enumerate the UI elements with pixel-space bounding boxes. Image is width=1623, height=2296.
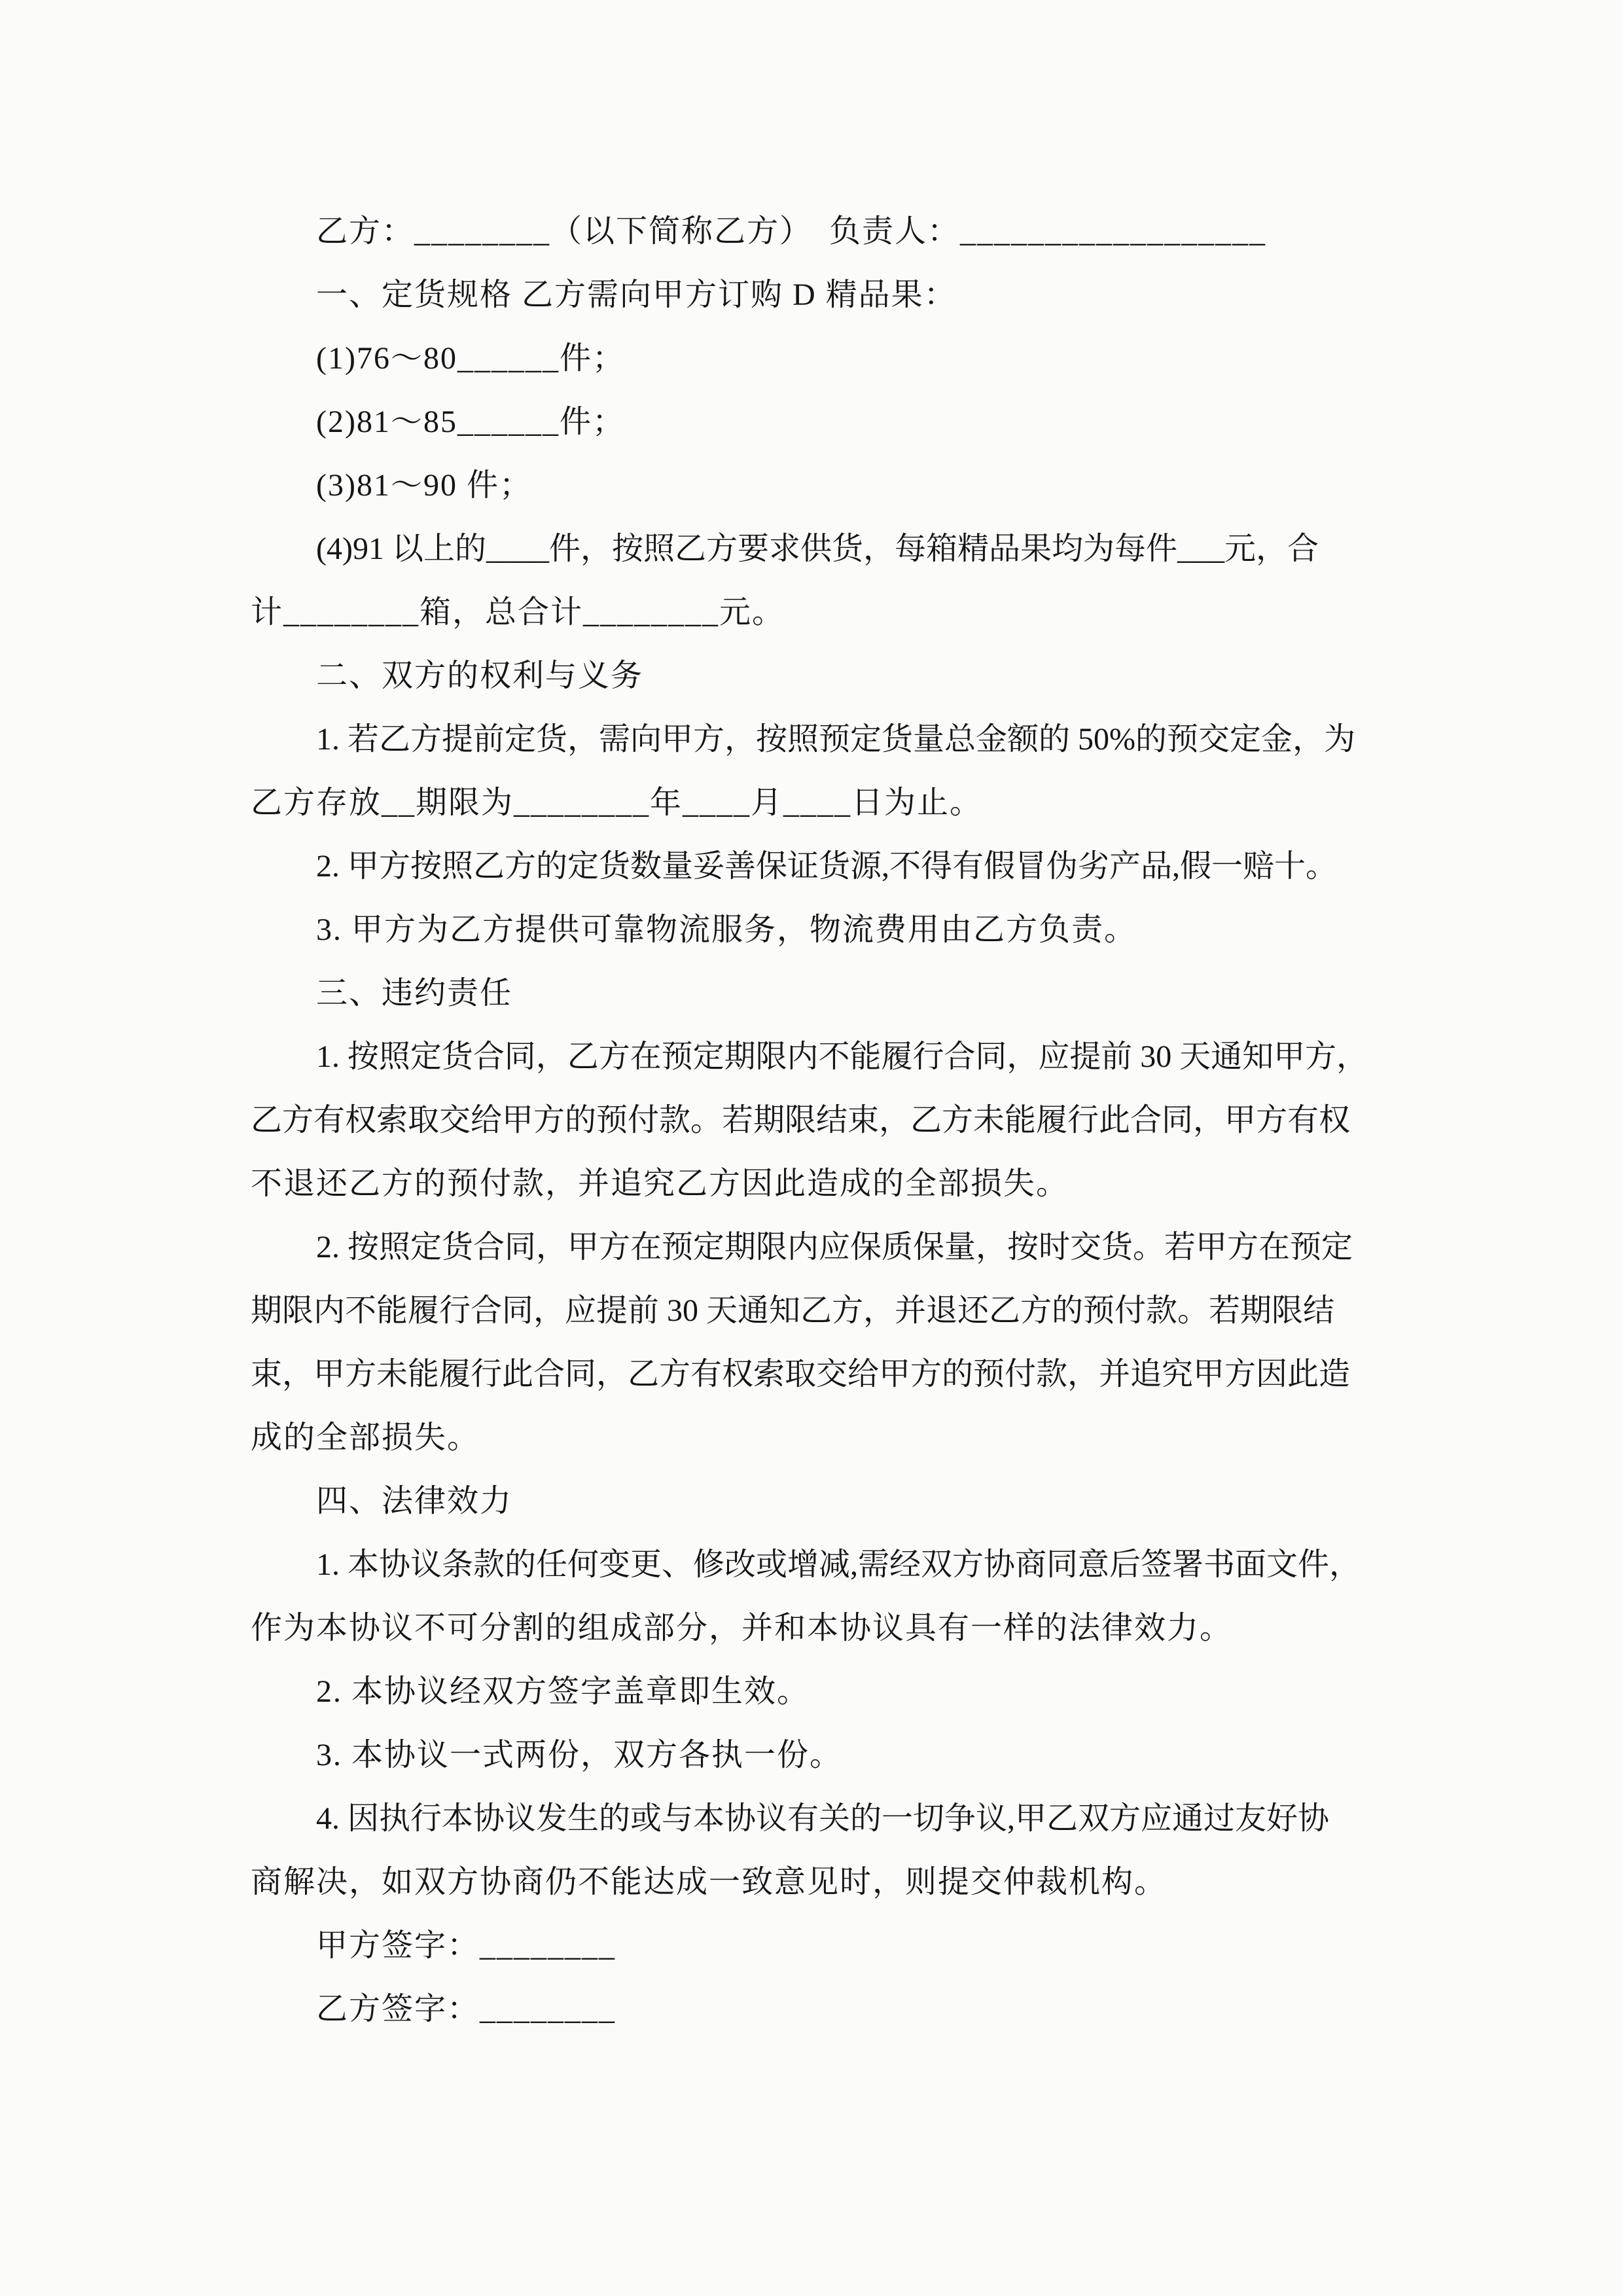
contract-line: (1)76～80______件； (251, 327, 1368, 390)
contract-line: 二、双方的权利与义务 (251, 644, 1368, 708)
contract-line: 作为本协议不可分割的组成部分，并和本协议具有一样的法律效力。 (251, 1596, 1368, 1660)
contract-line: 乙方签字：________ (251, 1977, 1368, 2041)
contract-line: 三、违约责任 (251, 961, 1368, 1025)
contract-line: 1. 本协议条款的任何变更、修改或增减,需经双方协商同意后签署书面文件， (251, 1533, 1368, 1596)
contract-line: 计________箱，总合计________元。 (251, 581, 1368, 644)
contract-line: 商解决，如双方协商仍不能达成一致意见时，则提交仲裁机构。 (251, 1850, 1368, 1914)
contract-line: (4)91 以上的____件，按照乙方要求供货，每箱精品果均为每件___元，合 (251, 517, 1368, 581)
contract-line: 乙方有权索取交给甲方的预付款。若期限结束，乙方未能履行此合同，甲方有权 (251, 1088, 1368, 1152)
contract-line: 4. 因执行本协议发生的或与本协议有关的一切争议,甲乙双方应通过友好协 (251, 1787, 1368, 1850)
contract-body: 乙方：________（以下简称乙方） 负责人：________________… (251, 200, 1368, 2041)
contract-line: 甲方签字：________ (251, 1914, 1368, 1977)
contract-line: 2. 本协议经双方签字盖章即生效。 (251, 1660, 1368, 1723)
contract-line: 2. 按照定货合同，甲方在预定期限内应保质保量，按时交货。若甲方在预定 (251, 1215, 1368, 1279)
contract-line: 1. 若乙方提前定货，需向甲方，按照预定货量总金额的 50%的预交定金，为 (251, 708, 1368, 771)
contract-line: 3. 甲方为乙方提供可靠物流服务，物流费用由乙方负责。 (251, 898, 1368, 961)
contract-line: 1. 按照定货合同，乙方在预定期限内不能履行合同，应提前 30 天通知甲方， (251, 1025, 1368, 1088)
contract-line: 成的全部损失。 (251, 1406, 1368, 1469)
contract-line: 不退还乙方的预付款，并追究乙方因此造成的全部损失。 (251, 1152, 1368, 1215)
contract-line: 乙方存放__期限为________年____月____日为止。 (251, 771, 1368, 834)
contract-line: 一、定货规格 乙方需向甲方订购 D 精品果： (251, 263, 1368, 327)
contract-line: 乙方：________（以下简称乙方） 负责人：________________… (251, 200, 1368, 263)
contract-page: 乙方：________（以下简称乙方） 负责人：________________… (0, 0, 1623, 2296)
contract-line: 四、法律效力 (251, 1469, 1368, 1533)
contract-line: 2. 甲方按照乙方的定货数量妥善保证货源,不得有假冒伪劣产品,假一赔十。 (251, 834, 1368, 898)
contract-line: (2)81～85______件； (251, 390, 1368, 454)
contract-line: (3)81～90 件； (251, 454, 1368, 517)
contract-line: 期限内不能履行合同，应提前 30 天通知乙方，并退还乙方的预付款。若期限结 (251, 1279, 1368, 1342)
contract-line: 束，甲方未能履行此合同，乙方有权索取交给甲方的预付款，并追究甲方因此造 (251, 1342, 1368, 1406)
contract-line: 3. 本协议一式两份，双方各执一份。 (251, 1723, 1368, 1787)
